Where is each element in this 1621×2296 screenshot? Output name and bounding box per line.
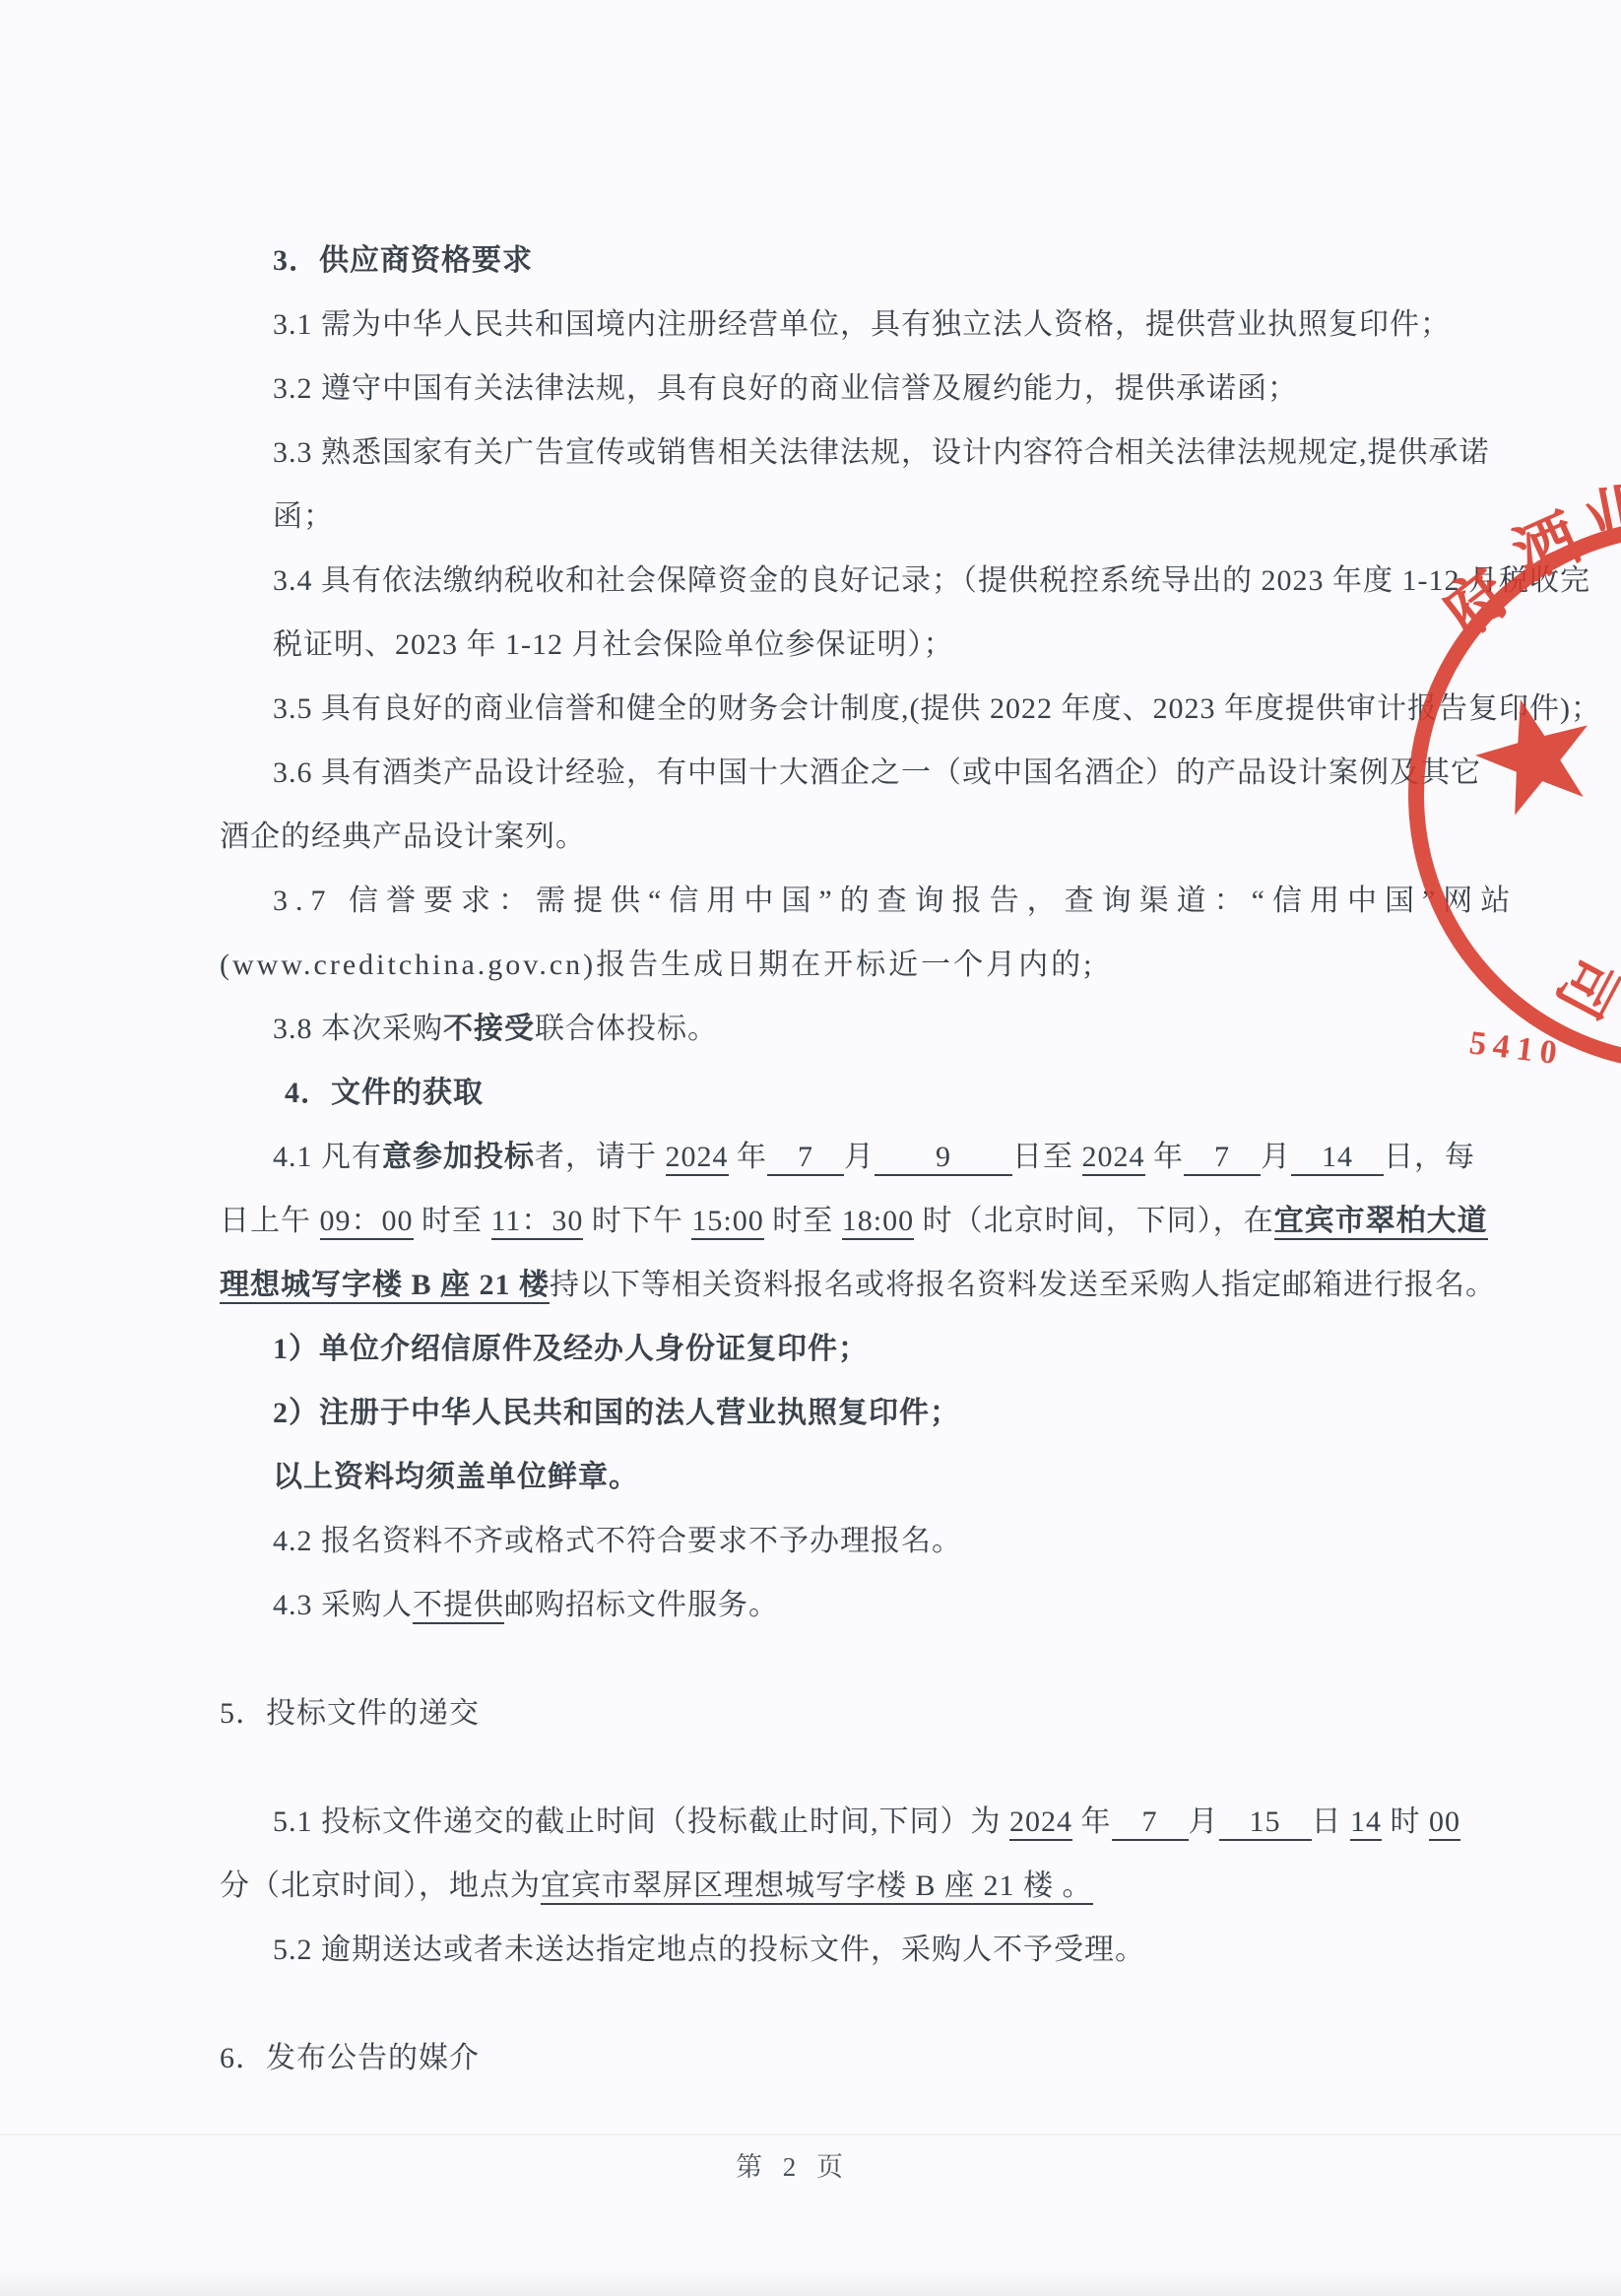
text-line: 5.1 投标文件递交的截止时间（投标截止时间,下同）为 2024 年 7 月 1… bbox=[273, 1790, 1490, 1854]
text-line: 3.6 具有酒类产品设计经验，有中国十大酒企之一（或中国名酒企）的产品设计案例及… bbox=[273, 741, 1490, 805]
text-segment: 5.1 投标文件递交的截止时间（投标截止时间,下同）为 bbox=[273, 1805, 1009, 1838]
text-segment: 月 bbox=[844, 1141, 875, 1173]
text-segment: 9 bbox=[875, 1141, 1012, 1176]
text-segment: 7 bbox=[767, 1141, 844, 1176]
text-segment: 4．文件的获取 bbox=[285, 1077, 484, 1109]
text-line: 4.1 凡有意参加投标者，请于 2024 年 7 月 9 日至 2024 年 7… bbox=[273, 1125, 1490, 1189]
text-segment: 邮购招标文件服务。 bbox=[504, 1589, 779, 1621]
text-segment: 3.4 具有依法缴纳税收和社会保障资金的良好记录；（提供税控系统导出的 2023… bbox=[273, 564, 1590, 597]
page-number-footer: 第 2 页 bbox=[0, 2145, 1603, 2184]
text-segment: 2024 bbox=[666, 1141, 729, 1176]
text-segment: 时至 bbox=[414, 1205, 491, 1237]
text-segment: 分（北京时间），地点为 bbox=[220, 1870, 541, 1902]
text-segment: 日上午 bbox=[220, 1205, 320, 1237]
text-line: 5.2 逾期送达或者未送达指定地点的投标文件，采购人不予受理。 bbox=[273, 1918, 1490, 1982]
text-line: 3.5 具有良好的商业信誉和健全的财务会计制度,(提供 2022 年度、2023… bbox=[273, 677, 1490, 741]
text-line: 3.1 需为中华人民共和国境内注册经营单位，具有独立法人资格，提供营业执照复印件… bbox=[273, 293, 1490, 357]
text-segment: 18:00 bbox=[842, 1205, 914, 1240]
text-line: 酒企的经典产品设计案列。 bbox=[220, 805, 1490, 869]
text-line: 5．投标文件的递交 bbox=[220, 1681, 1490, 1745]
document-page: 3．供应商资格要求3.1 需为中华人民共和国境内注册经营单位，具有独立法人资格，… bbox=[0, 0, 1621, 2296]
text-segment: 11：30 bbox=[491, 1205, 584, 1240]
text-segment: 5．投标文件的递交 bbox=[220, 1697, 480, 1730]
text-segment: 日至 bbox=[1012, 1141, 1082, 1173]
text-segment: 00 bbox=[1429, 1805, 1460, 1841]
text-segment: 联合体投标。 bbox=[535, 1013, 718, 1045]
text-segment: 理想城写字楼 B 座 21 楼 bbox=[220, 1269, 550, 1304]
text-segment: 7 bbox=[1184, 1141, 1261, 1176]
text-segment: 日 bbox=[1312, 1805, 1351, 1838]
text-segment: 3.6 具有酒类产品设计经验，有中国十大酒企之一（或中国名酒企）的产品设计案例及… bbox=[273, 756, 1481, 789]
text-line: 3．供应商资格要求 bbox=[273, 229, 1490, 293]
text-segment: 14 bbox=[1350, 1805, 1382, 1841]
text-segment: 日，每 bbox=[1384, 1141, 1475, 1173]
text-segment: 3.1 需为中华人民共和国境内注册经营单位，具有独立法人资格，提供营业执照复印件… bbox=[273, 308, 1451, 341]
text-line: 4.2 报名资料不齐或格式不符合要求不予办理报名。 bbox=[273, 1509, 1490, 1573]
text-line: 日上午 09：00 时至 11：30 时下午 15:00 时至 18:00 时（… bbox=[220, 1189, 1490, 1253]
text-line: 3.8 本次采购不接受联合体投标。 bbox=[273, 997, 1490, 1061]
text-segment: 7 bbox=[1112, 1805, 1189, 1841]
text-segment: 宜宾市翠柏大道 bbox=[1274, 1205, 1488, 1240]
text-line: 4．文件的获取 bbox=[285, 1061, 1490, 1125]
text-segment: 14 bbox=[1291, 1141, 1384, 1176]
document-body: 3．供应商资格要求3.1 需为中华人民共和国境内注册经营单位，具有独立法人资格，… bbox=[220, 229, 1490, 2090]
text-segment: 时（北京时间，下同），在 bbox=[914, 1205, 1274, 1237]
text-line: (www.creditchina.gov.cn)报告生成日期在开标近一个月内的; bbox=[220, 933, 1490, 997]
text-segment: 4.3 采购人 bbox=[273, 1589, 413, 1621]
text-segment: 4.2 报名资料不齐或格式不符合要求不予办理报名。 bbox=[273, 1525, 962, 1557]
text-segment: 15:00 bbox=[691, 1205, 763, 1240]
text-segment: 酒企的经典产品设计案列。 bbox=[220, 820, 586, 853]
seal-bottom-char: 司 bbox=[1544, 946, 1621, 1028]
text-segment: 者，请于 bbox=[535, 1141, 666, 1173]
text-line: 1）单位介绍信原件及经办人身份证复印件； bbox=[273, 1317, 1490, 1381]
text-segment: 不提供 bbox=[413, 1589, 504, 1624]
text-segment: 年 bbox=[729, 1141, 768, 1173]
text-line: 函； bbox=[273, 485, 1490, 549]
text-segment: 5.2 逾期送达或者未送达指定地点的投标文件，采购人不予受理。 bbox=[273, 1934, 1145, 1966]
text-segment: 持以下等相关资料报名或将报名资料发送至采购人指定邮箱进行报名。 bbox=[550, 1269, 1496, 1301]
text-line: 4.3 采购人不提供邮购招标文件服务。 bbox=[273, 1573, 1490, 1637]
text-line: 6．发布公告的媒介 bbox=[220, 2026, 1490, 2090]
text-segment: 时 bbox=[1382, 1805, 1429, 1838]
text-segment: 2）注册于中华人民共和国的法人营业执照复印件； bbox=[273, 1397, 960, 1429]
text-segment: 2024 bbox=[1082, 1141, 1145, 1176]
text-segment: 税证明、2023 年 1-12 月社会保险单位参保证明）； bbox=[273, 628, 954, 661]
text-segment: 15 bbox=[1219, 1805, 1312, 1841]
text-segment: 不接受 bbox=[443, 1013, 535, 1045]
text-segment: 2024 bbox=[1009, 1805, 1072, 1841]
text-segment: 月 bbox=[1189, 1805, 1219, 1838]
text-segment: 6．发布公告的媒介 bbox=[220, 2042, 480, 2074]
text-segment: 1）单位介绍信原件及经办人身份证复印件； bbox=[273, 1333, 869, 1365]
text-segment: 3.8 本次采购 bbox=[273, 1013, 443, 1045]
text-segment: 3.7 信誉要求：需提供“信用中国”的查询报告，查询渠道：“信用中国”网站 bbox=[273, 885, 1518, 917]
text-segment: 3．供应商资格要求 bbox=[273, 244, 533, 277]
text-line: 税证明、2023 年 1-12 月社会保险单位参保证明）； bbox=[273, 613, 1490, 677]
text-segment: 以上资料均须盖单位鲜章。 bbox=[273, 1461, 639, 1493]
text-line: 3.4 具有依法缴纳税收和社会保障资金的良好记录；（提供税控系统导出的 2023… bbox=[273, 549, 1490, 613]
text-line: 3.2 遵守中国有关法律法规，具有良好的商业信誉及履约能力，提供承诺函； bbox=[273, 357, 1490, 421]
text-segment: (www.creditchina.gov.cn)报告生成日期在开标近一个月内的; bbox=[220, 949, 1095, 981]
text-segment: 3.3 熟悉国家有关广告宣传或销售相关法律法规，设计内容符合相关法律法规规定,提… bbox=[273, 436, 1490, 469]
scan-fold-line bbox=[0, 2133, 1621, 2135]
text-segment: 函； bbox=[273, 500, 334, 533]
text-segment: 3.5 具有良好的商业信誉和健全的财务会计制度,(提供 2022 年度、2023… bbox=[273, 692, 1601, 725]
text-line: 理想城写字楼 B 座 21 楼持以下等相关资料报名或将报名资料发送至采购人指定邮… bbox=[220, 1253, 1490, 1317]
text-segment: 年 bbox=[1145, 1141, 1185, 1173]
text-line: 3.7 信誉要求：需提供“信用中国”的查询报告，查询渠道：“信用中国”网站 bbox=[273, 869, 1490, 933]
text-line: 分（北京时间），地点为宜宾市翠屏区理想城写字楼 B 座 21 楼 。 bbox=[220, 1854, 1490, 1918]
text-segment: 宜宾市翠屏区理想城写字楼 B 座 21 楼 。 bbox=[541, 1870, 1093, 1905]
scan-edge-shadow bbox=[0, 2270, 1621, 2296]
text-line: 2）注册于中华人民共和国的法人营业执照复印件； bbox=[273, 1381, 1490, 1445]
text-line: 3.3 熟悉国家有关广告宣传或销售相关法律法规，设计内容符合相关法律法规规定,提… bbox=[273, 421, 1490, 485]
text-segment: 09：00 bbox=[320, 1205, 414, 1240]
text-segment: 3.2 遵守中国有关法律法规，具有良好的商业信誉及履约能力，提供承诺函； bbox=[273, 372, 1298, 405]
seal-arc-char: 业 bbox=[1577, 477, 1621, 558]
text-segment: 月 bbox=[1261, 1141, 1291, 1173]
text-segment: 意参加投标 bbox=[382, 1141, 535, 1173]
text-segment: 4.1 凡有 bbox=[273, 1141, 382, 1173]
text-line: 以上资料均须盖单位鲜章。 bbox=[273, 1445, 1490, 1509]
text-segment: 年 bbox=[1072, 1805, 1112, 1838]
text-segment: 时下午 bbox=[583, 1205, 691, 1237]
text-segment: 时至 bbox=[764, 1205, 842, 1237]
